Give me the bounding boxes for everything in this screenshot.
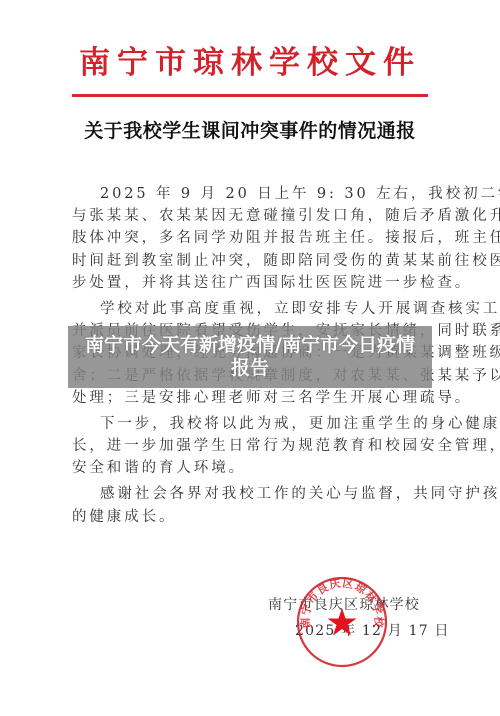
body-line: 安全和谐的育人环境。	[72, 457, 432, 479]
paragraph-next-steps: 下一步，我校将以此为戒，更加注重学生的身心健康与成 长，进一步加强学生日常行为规…	[72, 413, 432, 480]
body-line: 与张某某、农某某因无意碰撞引发口角，随后矛盾激化升级为	[72, 205, 432, 227]
body-line: 肢体冲突，多名同学劝阻并报告班主任。接报后，班主任第一	[72, 227, 432, 249]
body-line: 步处置，并将其送往广西国际壮医医院进一步检查。	[72, 272, 432, 294]
body-line: 处理；三是安排心理老师对三名学生开展心理疏导。	[72, 387, 432, 409]
body-line: 长，进一步加强学生日常行为规范教育和校园安全管理，营造	[72, 435, 432, 457]
paragraph-thanks: 感谢社会各界对我校工作的关心与监督，共同守护孩子们 的健康成长。	[72, 483, 432, 527]
seal-star-icon	[328, 608, 357, 636]
overlay-banner-headline: 南宁市今天有新增疫情/南宁市今日疫情报告	[68, 326, 432, 388]
document-page: 南宁市琼林学校文件 关于我校学生课间冲突事件的情况通报 2025 年 9 月 2…	[0, 0, 500, 716]
body-line: 学校对此事高度重视，立即安排专人开展调查核实工作，	[72, 298, 432, 320]
paragraph-incident: 2025 年 9 月 20 日上午 9: 30 左右，我校初二学生黄某某 与张某…	[72, 183, 432, 294]
document-header-title: 南宁市琼林学校文件	[72, 44, 428, 82]
body-line: 2025 年 9 月 20 日上午 9: 30 左右，我校初二学生黄某某	[72, 183, 432, 205]
body-line: 的健康成长。	[72, 506, 432, 528]
body-line: 感谢社会各界对我校工作的关心与监督，共同守护孩子们	[72, 483, 432, 505]
official-seal-icon: 南宁市良庆区琼林学校	[296, 576, 388, 668]
document-title: 关于我校学生课间冲突事件的情况通报	[60, 118, 440, 144]
body-line: 下一步，我校将以此为戒，更加注重学生的身心健康与成	[72, 413, 432, 435]
body-line: 时间赶到教室制止冲突，随即陪同受伤的黄某某前往校医室初	[72, 250, 432, 272]
header-red-rule	[72, 94, 428, 97]
